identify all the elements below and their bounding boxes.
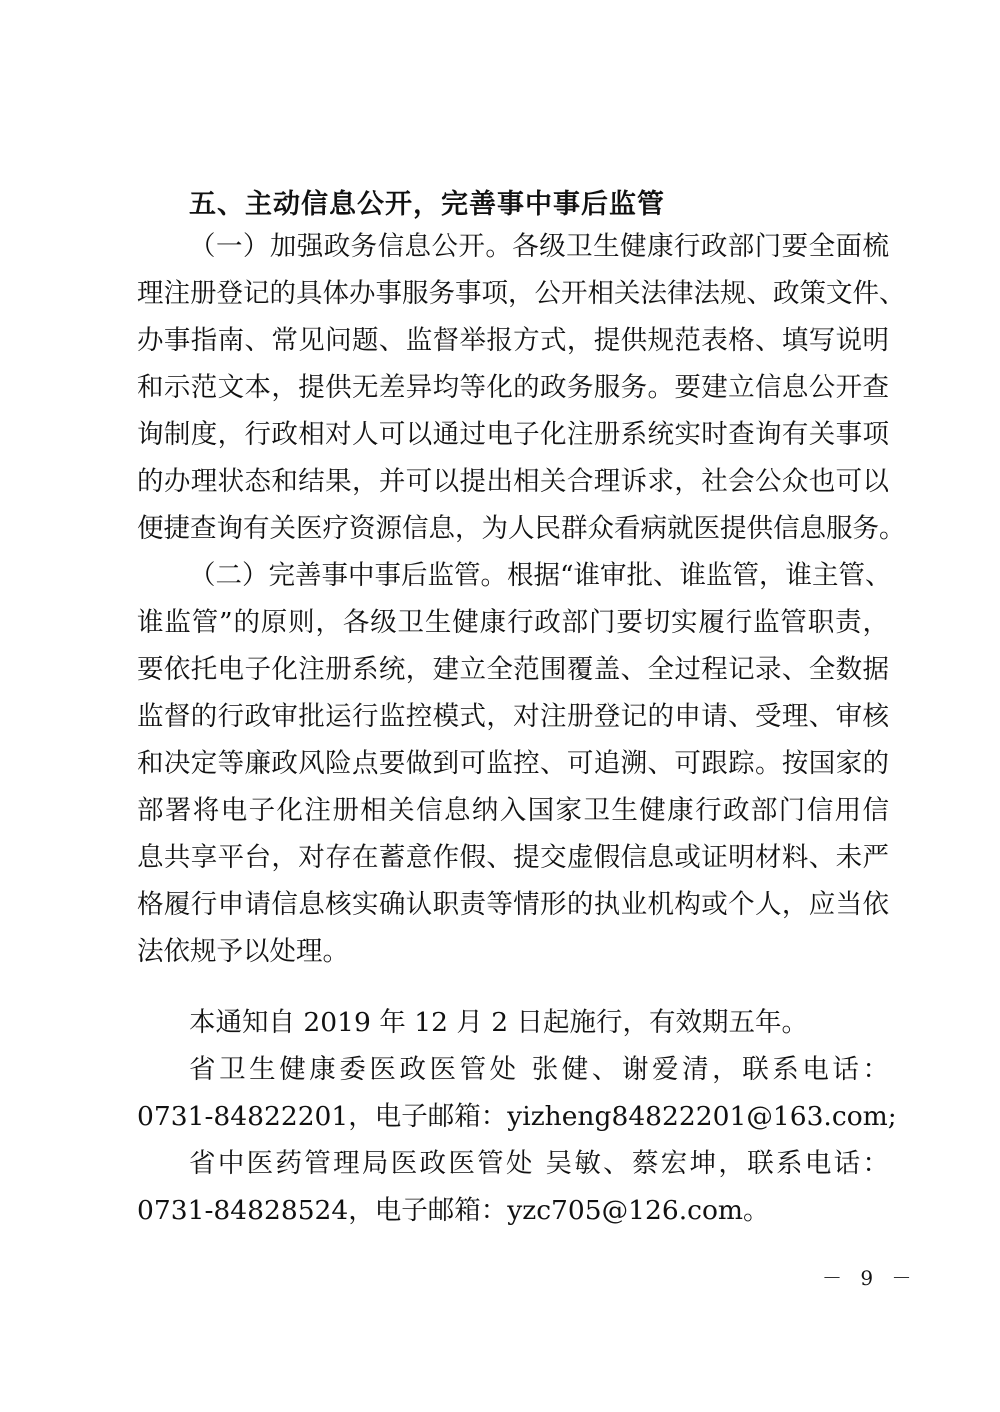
- paragraph-line: 和示范文本，提供无差异均等化的政务服务。要建立信息公开查: [137, 371, 889, 405]
- contact-1-line1: 省卫生健康委医政医管处 张健、谢爱清，联系电话：: [189, 1053, 889, 1087]
- section2-first-line: （二）完善事中事后监管。根据“谁审批、谁监管，谁主管、: [189, 559, 889, 593]
- paragraph-line: 格履行申请信息核实确认职责等情形的执业机构或个人，应当依: [137, 888, 889, 922]
- section-heading: 五、主动信息公开，完善事中事后监管: [189, 182, 665, 221]
- paragraph-line: 询制度，行政相对人可以通过电子化注册系统实时查询有关事项: [137, 418, 889, 452]
- paragraph-line: 息共享平台，对存在蓄意作假、提交虚假信息或证明材料、未严: [137, 841, 889, 875]
- page-number: － 9 －: [822, 1262, 917, 1291]
- paragraph-line: 便捷查询有关医疗资源信息，为人民群众看病就医提供信息服务。: [137, 512, 889, 546]
- section1-subheading: （一）加强政务信息公开。: [189, 231, 512, 262]
- paragraph-line: 谁监管”的原则，各级卫生健康行政部门要切实履行监管职责，: [137, 606, 889, 640]
- contact-1-line2: 0731-84822201，电子邮箱：yizheng84822201@163.c…: [137, 1100, 889, 1134]
- paragraph-text: 根据“谁审批、谁监管，谁主管、: [507, 560, 892, 591]
- paragraph-line: 理注册登记的具体办事服务事项，公开相关法律法规、政策文件、: [137, 277, 889, 311]
- paragraph-line: 要依托电子化注册系统，建立全范围覆盖、全过程记录、全数据: [137, 653, 889, 687]
- section1-first-line: （一）加强政务信息公开。各级卫生健康行政部门要全面梳: [189, 230, 889, 264]
- contact-2-line2: 0731-84828524，电子邮箱：yzc705@126.com。: [137, 1194, 889, 1228]
- paragraph-line: 和决定等廉政风险点要做到可监控、可追溯、可跟踪。按国家的: [137, 747, 889, 781]
- paragraph-line: 部署将电子化注册相关信息纳入国家卫生健康行政部门信用信: [137, 794, 889, 828]
- paragraph-line: 办事指南、常见问题、监督举报方式，提供规范表格、填写说明: [137, 324, 889, 358]
- paragraph-line: 法依规予以处理。: [137, 935, 889, 969]
- document-page: 五、主动信息公开，完善事中事后监管 （一）加强政务信息公开。各级卫生健康行政部门…: [0, 0, 1000, 1412]
- effective-date: 本通知自 2019 年 12 月 2 日起施行，有效期五年。: [189, 1006, 889, 1040]
- paragraph-text: 各级卫生健康行政部门要全面梳: [512, 231, 889, 262]
- paragraph-line: 监督的行政审批运行监控模式，对注册登记的申请、受理、审核: [137, 700, 889, 734]
- section2-subheading: （二）完善事中事后监管。: [189, 560, 507, 591]
- paragraph-line: 的办理状态和结果，并可以提出相关合理诉求，社会公众也可以: [137, 465, 889, 499]
- contact-2-line1: 省中医药管理局医政医管处 吴敏、蔡宏坤，联系电话：: [189, 1147, 889, 1181]
